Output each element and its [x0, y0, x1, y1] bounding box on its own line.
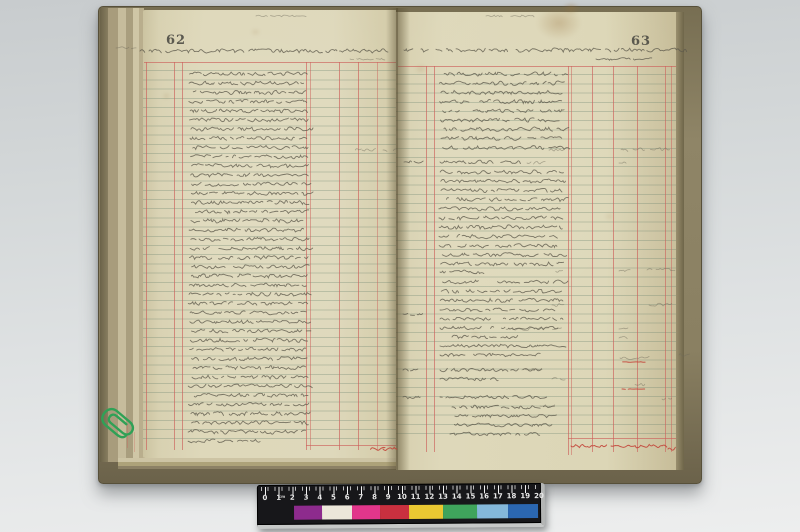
paper-stain: [162, 92, 171, 100]
page-edge-strip-bottom: [118, 466, 400, 469]
ruler-number: 19: [520, 492, 530, 500]
red-rule-vertical: [146, 62, 147, 450]
red-rule-vertical: [358, 62, 359, 450]
red-rule-vertical: [613, 66, 614, 452]
page-edge-strip: [126, 8, 133, 462]
ruler-numbers: 01cm234567891011121314151617181920: [260, 492, 539, 504]
ruler-number: 4: [317, 494, 322, 502]
red-rule-horizontal: [144, 62, 396, 63]
paper-stain: [604, 212, 615, 221]
paper-stain: [414, 64, 428, 74]
ruler-number: 6: [345, 493, 350, 501]
red-rule-vertical: [426, 66, 427, 452]
red-rule-vertical: [310, 62, 311, 450]
red-rule-vertical: [306, 62, 307, 450]
ruler-number: 18: [507, 492, 517, 500]
ruler-number: 1cm: [276, 494, 281, 502]
ruler-number: 10: [397, 493, 407, 501]
red-rule-vertical: [174, 62, 175, 450]
red-rule-vertical: [377, 62, 378, 450]
red-rule-vertical: [592, 66, 593, 452]
red-rule-vertical: [637, 66, 638, 452]
color-patch: [443, 504, 477, 518]
ruler-number: 3: [304, 494, 309, 502]
paper-stain: [250, 28, 261, 36]
page-edge-strip: [108, 8, 118, 462]
ruler-number: 16: [479, 492, 489, 500]
red-rule-horizontal: [398, 66, 676, 67]
patch-lead-black: [260, 506, 294, 520]
ledger-photograph: 62 63 01cm234567891011121314151617181920: [0, 0, 800, 532]
ruler-number: 17: [493, 492, 503, 500]
paper-stain: [562, 2, 580, 14]
page-edge-strip: [118, 8, 126, 462]
ruler-number: 15: [466, 492, 476, 500]
color-patch: [477, 504, 508, 518]
color-patch: [352, 505, 380, 519]
ruler-number: 20: [534, 492, 544, 500]
color-calibration-patches: [260, 504, 539, 520]
page-number-right: 63: [631, 34, 651, 49]
red-rule-vertical: [568, 66, 569, 455]
red-rule-vertical: [671, 66, 672, 452]
ruler-number: 0: [262, 494, 267, 502]
ruler-number: 13: [438, 493, 448, 501]
gutter-line: [396, 8, 398, 470]
ruler-number: 12: [424, 493, 434, 501]
red-rule-vertical: [571, 66, 572, 455]
ruler-number: 2: [290, 494, 295, 502]
color-patch: [508, 504, 538, 518]
red-rule-horizontal: [306, 445, 396, 446]
color-patch: [322, 505, 352, 519]
color-patch: [409, 505, 443, 519]
red-rule-horizontal: [568, 438, 676, 439]
ruled-lines-right: [396, 66, 676, 438]
ruler-number: 14: [452, 493, 462, 501]
red-rule-vertical: [182, 62, 183, 450]
ruler-number: 5: [331, 493, 336, 501]
ruler-unit-label: cm: [279, 494, 286, 499]
page-edge-strip: [100, 8, 108, 462]
ruler-number: 11: [411, 493, 421, 501]
color-patch: [294, 506, 322, 520]
red-rule-vertical: [665, 66, 666, 452]
photographic-scale-ruler: 01cm234567891011121314151617181920: [257, 483, 545, 529]
ruler-number: 9: [386, 493, 391, 501]
red-rule-vertical: [339, 62, 340, 450]
ruler-number: 7: [358, 493, 363, 501]
gutter-shadow: [386, 8, 410, 470]
color-patch: [380, 505, 409, 519]
red-rule-vertical: [434, 66, 435, 452]
page-number-left: 62: [166, 33, 186, 48]
page-edge-strip-right: [676, 12, 684, 470]
ledger-page-right: [396, 12, 676, 470]
ruler-number: 8: [372, 493, 377, 501]
paper-stain: [470, 330, 480, 338]
